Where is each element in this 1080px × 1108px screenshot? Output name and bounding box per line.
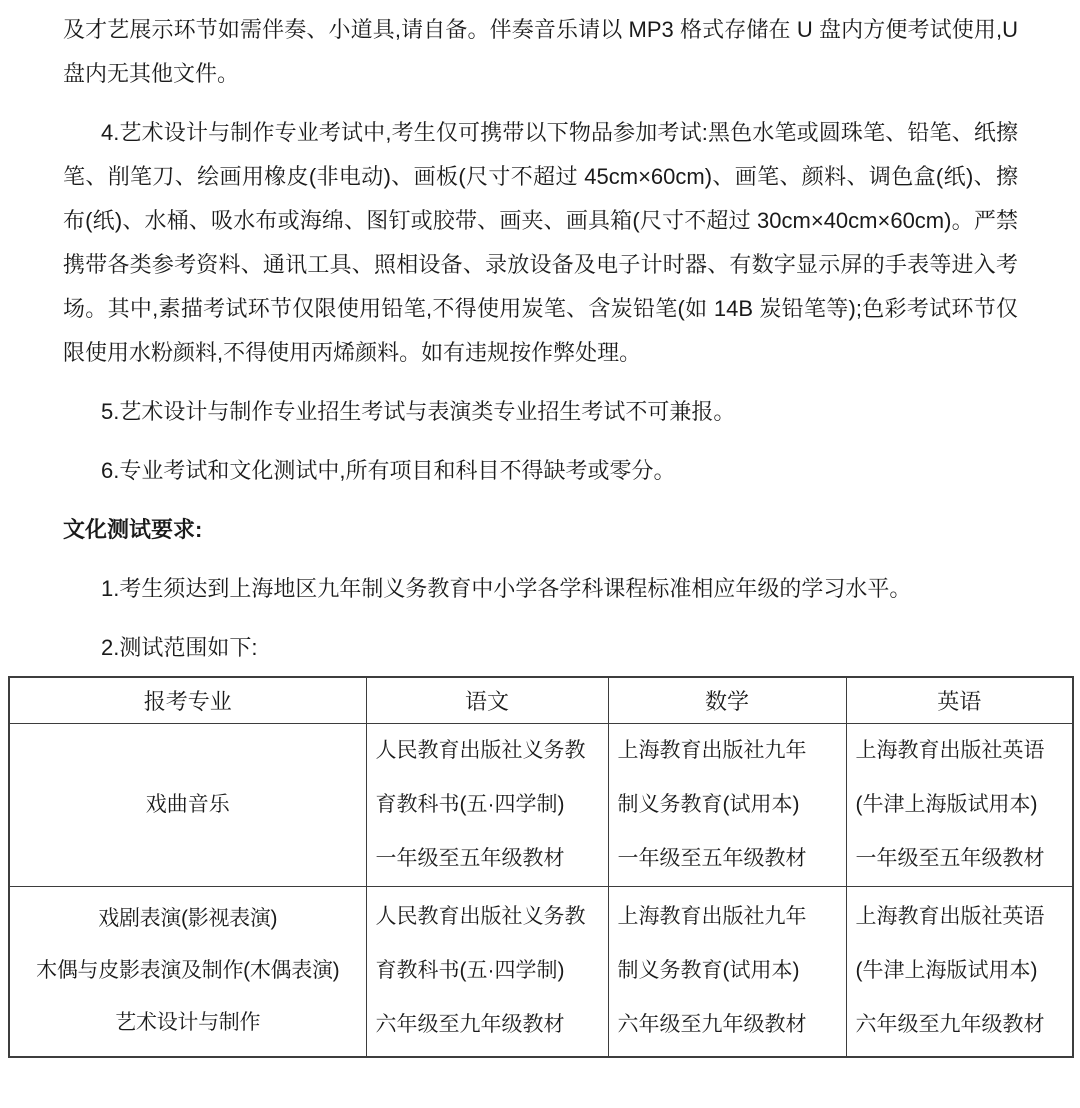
section-heading-culture-test-requirements: 文化测试要求: [63,508,1018,552]
paragraph-item-4-exam-materials: 4.艺术设计与制作专业考试中,考生仅可携带以下物品参加考试:黑色水笔或圆珠笔、铅… [63,111,1018,375]
cell-math-grades-6-9: 上海教育出版社九年 制义务教育(试用本) 六年级至九年级教材 [608,886,846,1057]
table-row-opera-music: 戏曲音乐 人民教育出版社义务教 育教科书(五·四学制) 一年级至五年级教材 上海… [9,723,1073,886]
paragraph-accompaniment-usb: 及才艺展示环节如需伴奏、小道具,请自备。伴奏音乐请以 MP3 格式存储在 U 盘… [63,8,1018,96]
document-page: 及才艺展示环节如需伴奏、小道具,请自备。伴奏音乐请以 MP3 格式存储在 U 盘… [0,0,1080,1108]
table-header-chinese: 语文 [366,677,608,723]
cell-chinese-grades-1-5: 人民教育出版社义务教 育教科书(五·四学制) 一年级至五年级教材 [366,723,608,886]
table-header-row: 报考专业 语文 数学 英语 [9,677,1073,723]
paragraph-item-5-no-double-registration: 5.艺术设计与制作专业招生考试与表演类专业招生考试不可兼报。 [63,390,1018,434]
paragraph-item-6-no-absence-or-zero: 6.专业考试和文化测试中,所有项目和科目不得缺考或零分。 [63,449,1018,493]
table-header-math: 数学 [608,677,846,723]
cell-english-grades-1-5: 上海教育出版社英语 (牛津上海版试用本) 一年级至五年级教材 [846,723,1073,886]
cell-major-opera-music: 戏曲音乐 [9,723,366,886]
cell-chinese-grades-6-9: 人民教育出版社义务教 育教科书(五·四学制) 六年级至九年级教材 [366,886,608,1057]
paragraph-item-1-academic-level: 1.考生须达到上海地区九年制义务教育中小学各学科课程标准相应年级的学习水平。 [63,567,1018,611]
table-header-english: 英语 [846,677,1073,723]
cell-major-drama-puppetry-art-design: 戏剧表演(影视表演) 木偶与皮影表演及制作(木偶表演) 艺术设计与制作 [9,886,366,1057]
cell-math-grades-1-5: 上海教育出版社九年 制义务教育(试用本) 一年级至五年级教材 [608,723,846,886]
test-scope-table: 报考专业 语文 数学 英语 戏曲音乐 人民教育出版社义务教 育教科书(五·四学制… [8,676,1074,1058]
cell-english-grades-6-9: 上海教育出版社英语 (牛津上海版试用本) 六年级至九年级教材 [846,886,1073,1057]
paragraph-item-2-test-scope: 2.测试范围如下: [63,626,1018,670]
table-header-major: 报考专业 [9,677,366,723]
table-row-drama-puppetry-art-design: 戏剧表演(影视表演) 木偶与皮影表演及制作(木偶表演) 艺术设计与制作 人民教育… [9,886,1073,1057]
